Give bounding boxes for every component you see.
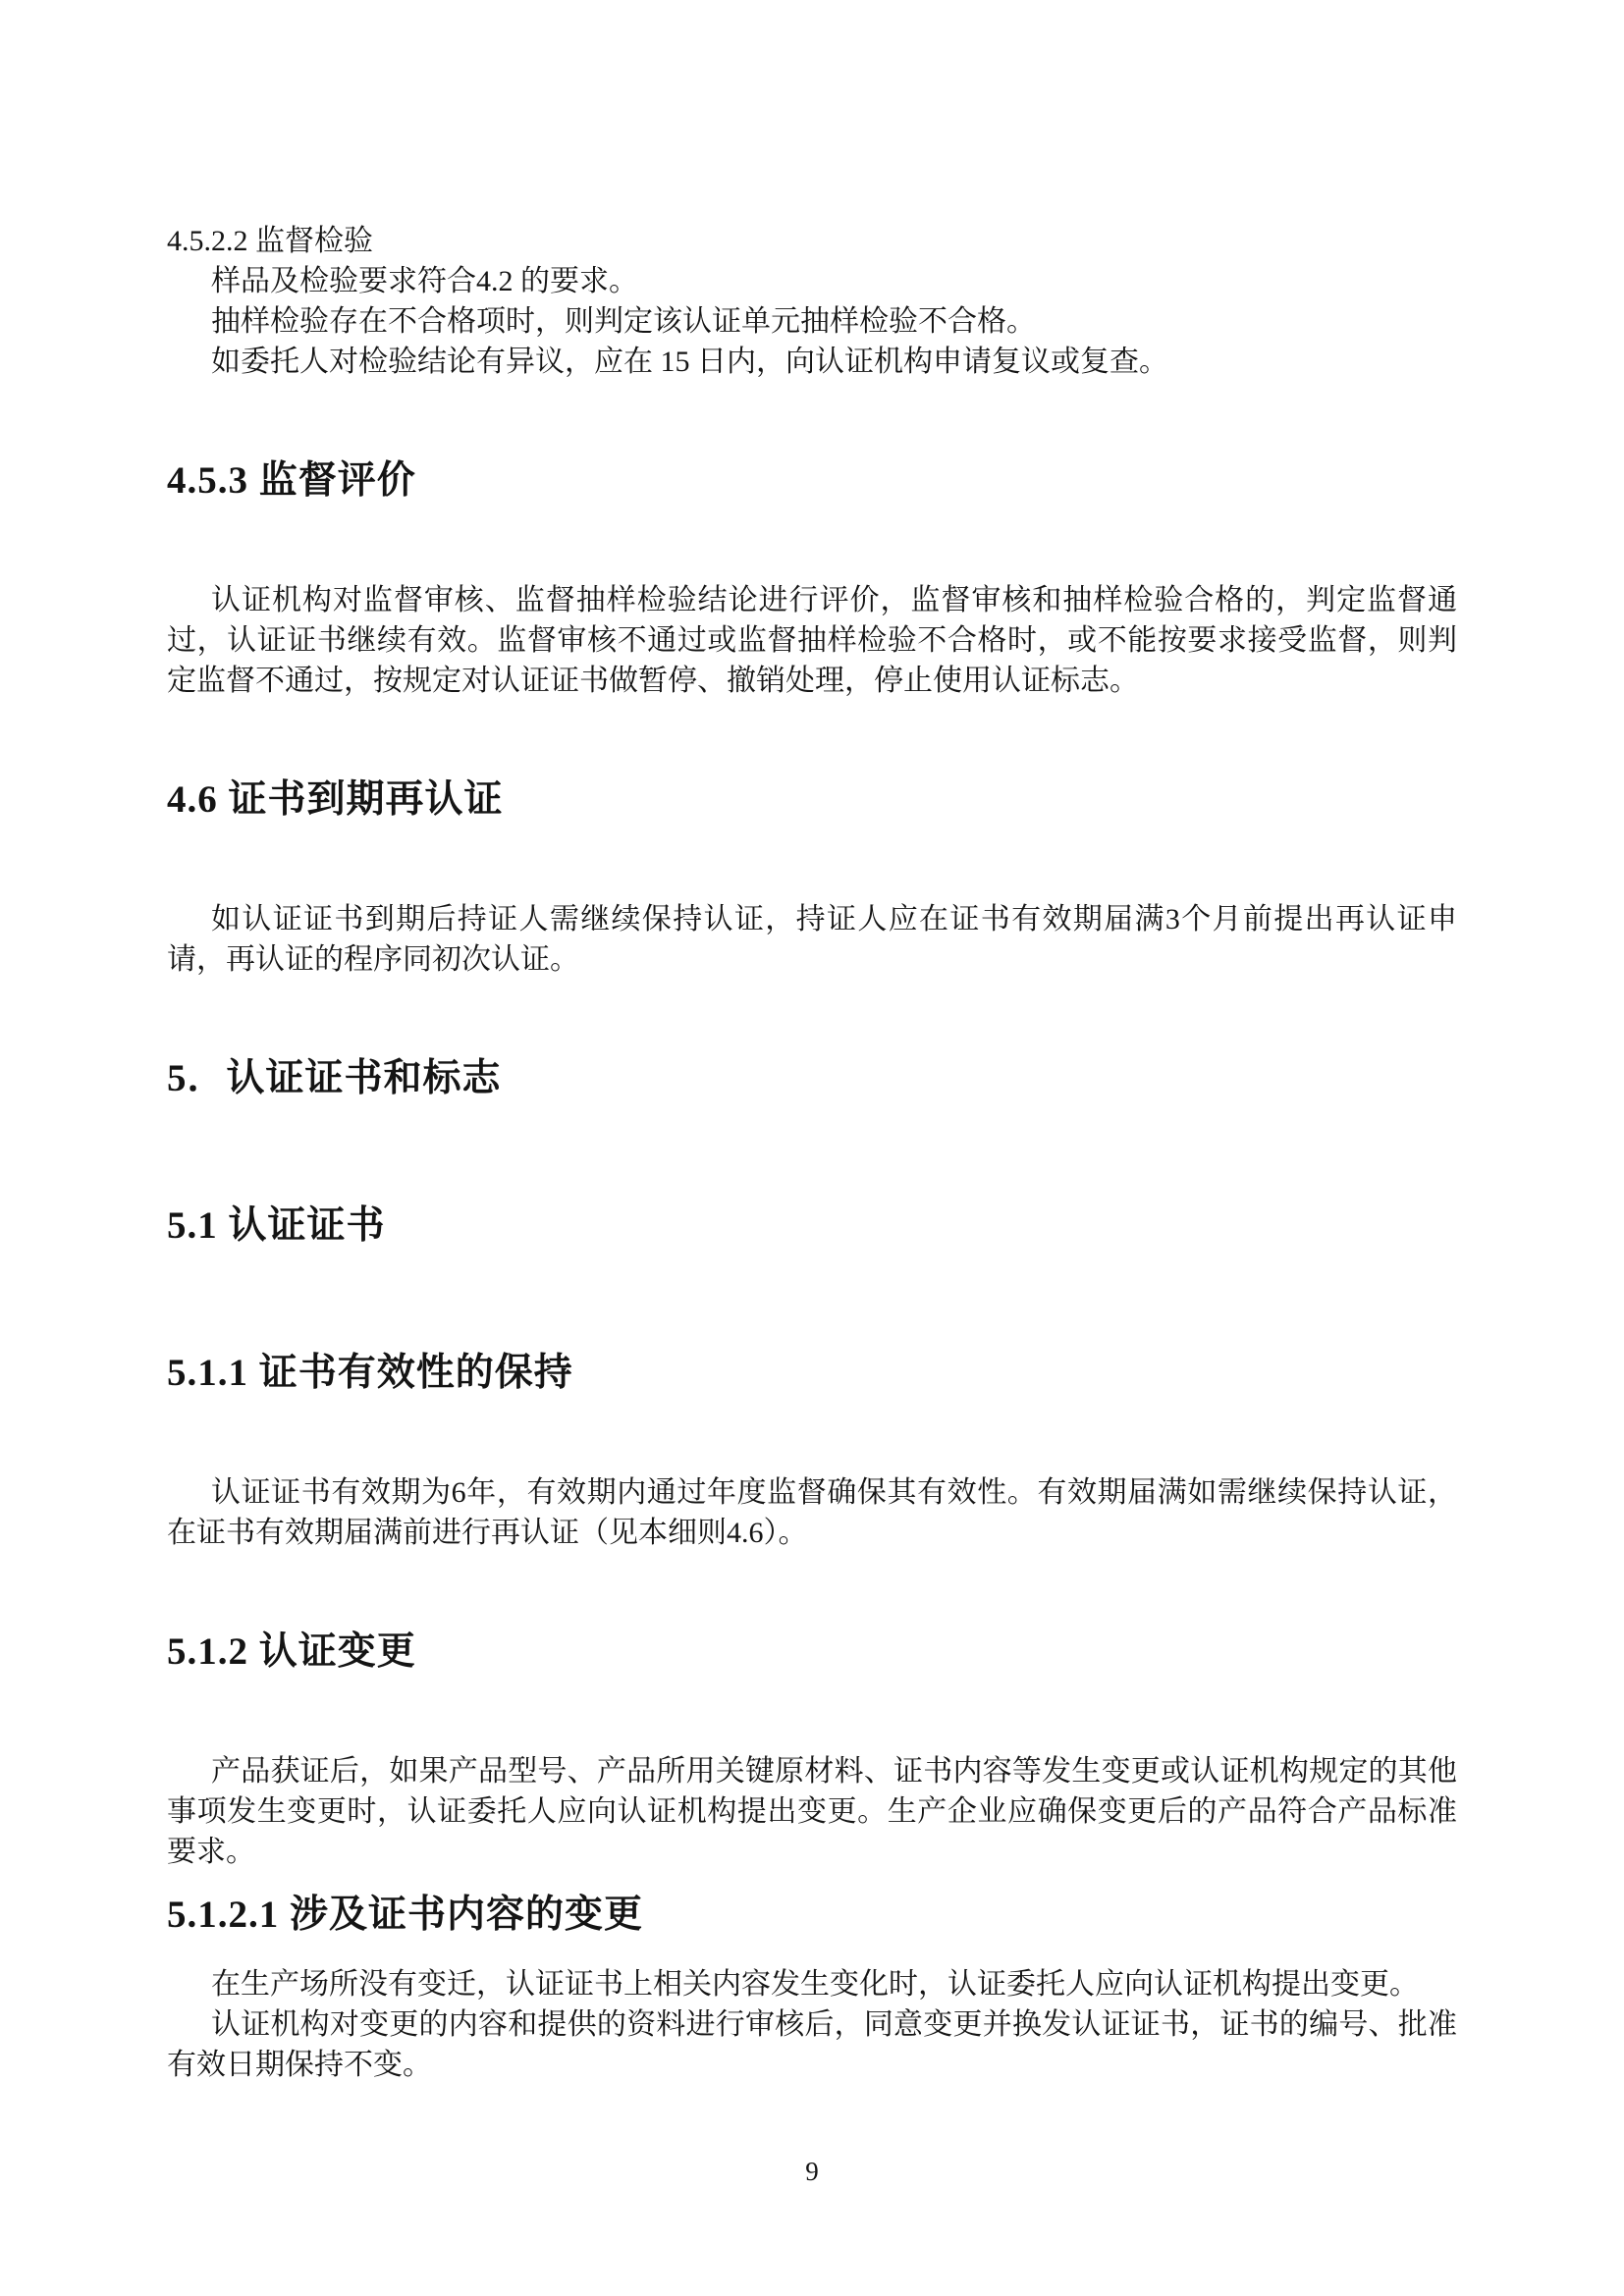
heading-5-1-2-1-certificate-content-change: 5.1.2.1 涉及证书内容的变更: [167, 1891, 1457, 1940]
paragraph-content-change-no-relocation: 在生产场所没有变迁，认证证书上相关内容发生变化时，认证委托人应向认证机构提出变更…: [167, 1964, 1457, 2004]
document-page: 4.5.2.2 监督检验 样品及检验要求符合4.2 的要求。 抽样检验存在不合格…: [0, 0, 1624, 2296]
document-content: 4.5.2.2 监督检验 样品及检验要求符合4.2 的要求。 抽样检验存在不合格…: [0, 0, 1624, 2085]
paragraph-recertification-body: 如认证证书到期后持证人需继续保持认证，持证人应在证书有效期届满3个月前提出再认证…: [167, 899, 1457, 980]
paragraph-certificate-validity-body: 认证证书有效期为6年，有效期内通过年度监督确保其有效性。有效期届满如需继续保持认…: [167, 1472, 1457, 1553]
paragraph-sampling-nonconforming: 抽样检验存在不合格项时，则判定该认证单元抽样检验不合格。: [167, 301, 1457, 342]
heading-4-6-recertification: 4.6 证书到期再认证: [167, 775, 1457, 825]
paragraph-certification-change-body: 产品获证后，如果产品型号、产品所用关键原材料、证书内容等发生变更或认证机构规定的…: [167, 1751, 1457, 1872]
heading-5-1-2-certification-change: 5.1.2 认证变更: [167, 1628, 1457, 1677]
heading-5-1-certificate: 5.1 认证证书: [167, 1201, 1457, 1251]
paragraph-supervision-evaluation-body: 认证机构对监督审核、监督抽样检验结论进行评价，监督审核和抽样检验合格的，判定监督…: [167, 580, 1457, 701]
heading-5-certificate-and-mark: 5．认证证书和标志: [167, 1054, 1457, 1103]
page-number: 9: [0, 2156, 1624, 2187]
heading-4-5-3-supervision-evaluation: 4.5.3 监督评价: [167, 456, 1457, 506]
paragraph-sample-requirements: 样品及检验要求符合4.2 的要求。: [167, 261, 1457, 301]
heading-5-1-1-certificate-validity: 5.1.1 证书有效性的保持: [167, 1349, 1457, 1398]
paragraph-change-review-reissue: 认证机构对变更的内容和提供的资料进行审核后，同意变更并换发认证证书，证书的编号、…: [167, 2004, 1457, 2085]
heading-4-5-2-2-supervision-inspection: 4.5.2.2 监督检验: [167, 221, 1457, 261]
paragraph-objection-15-days: 如委托人对检验结论有异议，应在 15 日内，向认证机构申请复议或复查。: [167, 342, 1457, 382]
